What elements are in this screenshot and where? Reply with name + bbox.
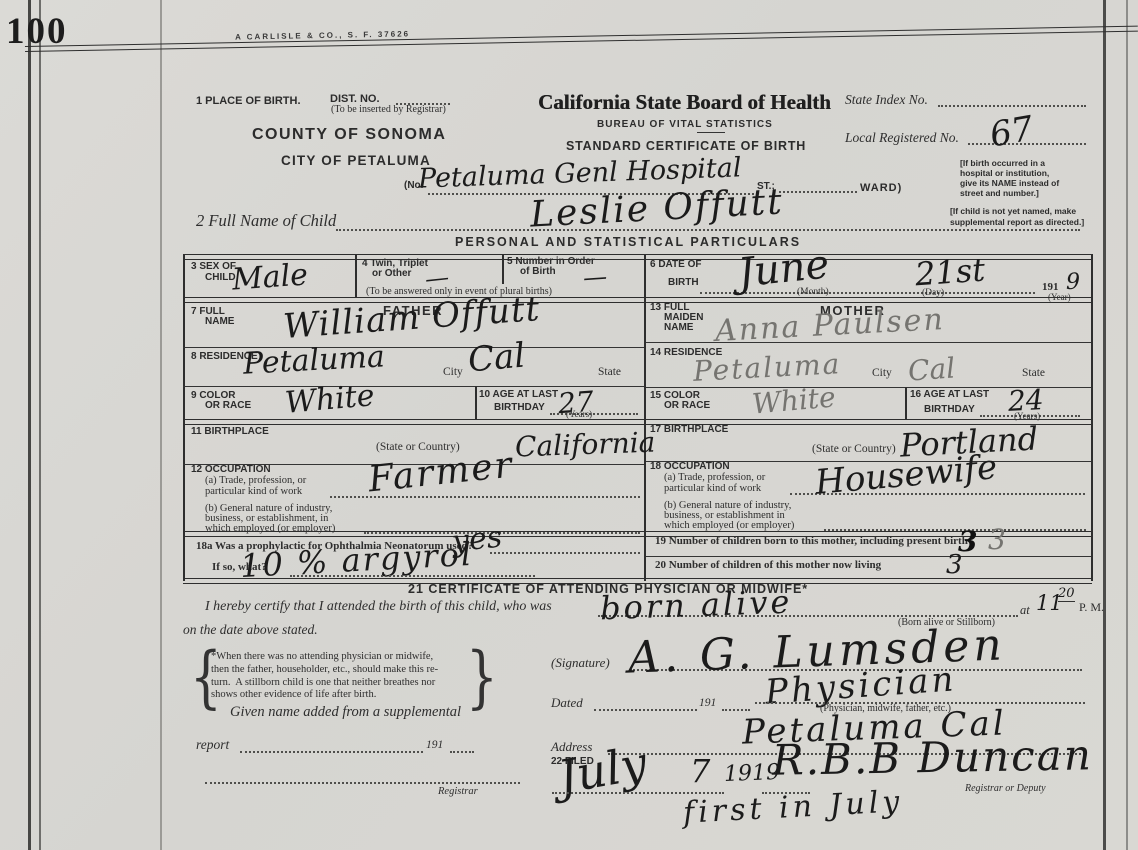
dotted-line [336,228,1080,231]
cell-divider [475,386,477,420]
dotted-line [552,791,724,794]
registrar-label: Registrar [438,786,478,797]
field5-label-2: of Birth [520,266,556,277]
dotted-line [779,190,857,193]
bureau-underline [697,132,725,133]
ward-label: WARD) [860,182,902,194]
local-registered-label: Local Registered No. [845,130,959,146]
report-year-printed: 191 [426,739,443,751]
state-index-label: State Index No. [845,92,928,108]
field6-label: 6 DATE OF [650,259,701,270]
field16-label-2: BIRTHDAY [924,404,975,415]
cell-divider [502,254,504,284]
father-race-value: White [284,378,376,421]
at-label: at [1020,603,1030,618]
county-title: COUNTY OF SONOMA [252,126,446,144]
time-suffix-label: P. M. [1079,600,1104,615]
field18a-label-2: particular kind of work [664,483,761,494]
birth-certificate-scan: 100 A CARLISLE & CO., S. F. 37626 1 PLAC… [0,0,1138,850]
table-border-left [183,254,185,581]
place-of-birth-label: 1 PLACE OF BIRTH. [196,95,301,107]
field3-label: 3 SEX OF [191,261,236,272]
field10-label: 10 AGE AT LAST [479,389,558,400]
mother-race-value: White [751,380,837,420]
mother-residence-state: Cal [907,351,956,387]
midwife-footnote: *When there was no attending physician o… [211,651,479,702]
month-sub-label: (Month) [797,287,829,297]
field13-label-3: NAME [664,322,693,333]
table-rule [646,342,1091,343]
dotted-line [938,104,1086,107]
field15-label-2: OR RACE [664,400,710,411]
registrar-signature-value: R.B.B Duncan [772,730,1094,785]
city-label: City [872,367,892,379]
dist-no-sub: (To be inserted by Registrar) [331,104,446,115]
field19-label: 19 Number of children born to this mothe… [655,535,968,547]
local-registered-value: 67 [987,109,1037,156]
dotted-line [364,531,640,534]
dotted-line [290,574,535,577]
dotted-line [824,528,1086,531]
cell-divider [355,254,357,298]
birth-day-value: 21st [914,251,986,294]
state-label: State [1022,367,1045,379]
left-margin-line [160,0,162,850]
cell-divider [905,387,907,420]
dated-label: Dated [551,695,583,711]
filed-day-value: 7 [690,752,710,790]
board-title: California State Board of Health [538,90,831,115]
child-name-note: [If child is not yet named, make supplem… [950,206,1084,227]
left-binding-line [28,0,31,850]
certificate-title: STANDARD CERTIFICATE OF BIRTH [566,139,806,153]
field12-label: 12 OCCUPATION [191,464,271,475]
father-birthplace-value: California [514,426,655,464]
field4-label-2: or Other [372,268,411,279]
field20-label: 20 Number of children of this mother now… [655,559,881,571]
certify-statement: I hereby certify that I attended the bir… [205,599,552,615]
state-label: State [598,366,621,378]
report-label: report [196,737,229,753]
field9-label-2: OR RACE [205,400,251,411]
left-binding-line-2 [39,0,41,850]
dotted-line [594,708,697,711]
section-title: PERSONAL AND STATISTICAL PARTICULARS [455,235,801,249]
table-rule [183,297,1092,303]
certify-statement-2: on the date above stated. [183,622,318,638]
year-sub-label: (Year) [1048,292,1071,302]
birth-time-minutes: 20 [1058,586,1075,602]
hospital-note: [If birth occurred in a hospital or inst… [960,158,1094,198]
right-brace: } [466,638,498,716]
table-center-divider [644,254,646,581]
field7-label-2: NAME [205,316,234,327]
field10-label-2: BIRTHDAY [494,402,545,413]
field11-label: 11 BIRTHPLACE [191,426,269,437]
field18b-label-3: which employed (or employer) [664,520,794,531]
field16-label: 16 AGE AT LAST [910,389,989,400]
signature-label: (Signature) [551,655,610,671]
table-rule [646,556,1091,557]
born-alive-value: born alive [599,583,793,628]
field6-label-2: BIRTH [668,277,699,288]
bureau-title: BUREAU OF VITAL STATISTICS [597,119,773,130]
top-rule [25,26,1138,52]
dotted-line [450,750,474,753]
table-border-right [1091,254,1093,581]
children-born-value-written: 3 [988,523,1006,556]
city-title: CITY OF PETALUMA [281,153,431,168]
dated-year-printed: 191 [699,697,716,709]
state-or-country-label: (State or Country) [812,443,896,455]
dotted-line [205,781,520,784]
child-name-label: 2 Full Name of Child [196,211,336,231]
right-edge-line-2 [1126,0,1128,850]
dotted-line [240,750,423,753]
field3-value: Male [231,257,309,297]
field12b-label-3: which employed (or employer) [205,523,335,534]
day-sub-label: (Day) [922,288,944,298]
field18a-label: (a) Trade, profession, or [664,472,765,483]
father-residence-city: Petaluma [242,339,385,381]
father-residence-state: Cal [466,336,526,381]
field12a-label-2: particular kind of work [205,486,302,497]
supplemental-note: Given name added from a supplemental [230,704,461,721]
years-sub-label: (Years) [566,409,592,419]
right-edge-line [1103,0,1106,850]
field12a-label: (a) Trade, profession, or [205,475,306,486]
children-living-value: 3 [946,550,963,580]
dotted-line [722,708,750,711]
field5-value: — [582,262,608,292]
field17-label: 17 BIRTHPLACE [650,424,728,435]
dotted-line [490,551,640,554]
field18-label: 18 OCCUPATION [650,461,730,472]
city-label: City [443,366,463,378]
page-number: 100 [6,10,68,53]
registrar-or-deputy-label: Registrar or Deputy [965,783,1046,794]
